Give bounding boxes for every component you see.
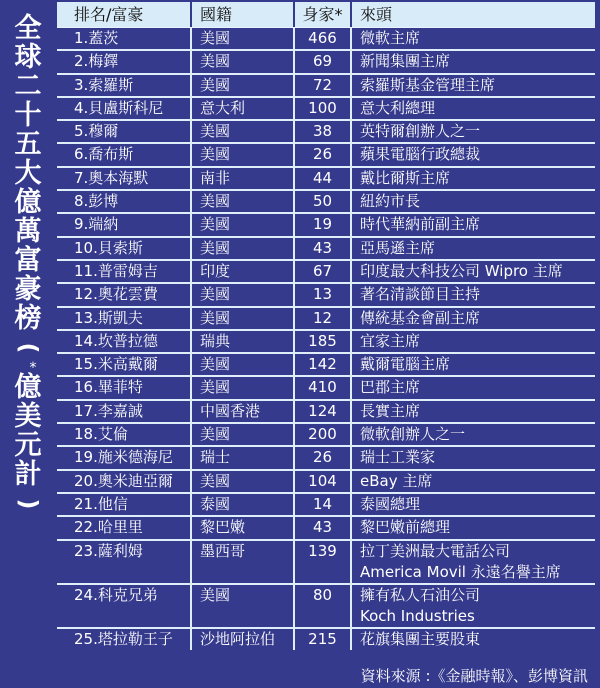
source-line: 微軟創辦人之一 (360, 425, 465, 443)
cell-country: 美國 (190, 585, 293, 627)
cell-source: 英特爾創辦人之一 (350, 121, 595, 142)
source-line: 時代華納前副主席 (360, 215, 480, 233)
title-char: 十 (15, 101, 42, 130)
cell-source: 宜家主席 (350, 331, 595, 352)
cell-worth: 50 (293, 191, 350, 212)
cell-name: 4.貝盧斯科尼 (57, 98, 190, 119)
table-row: 20.奧米迪亞爾美國104eBay 主席 (57, 471, 595, 494)
table-row: 25.塔拉勒王子沙地阿拉伯215花旗集團主要股東 (57, 629, 595, 650)
table-row: 22.哈里里黎巴嫩43黎巴嫩前總理 (57, 517, 595, 540)
source-line-2: Koch Industries (360, 606, 595, 627)
title-char: 億 (15, 188, 42, 217)
cell-source: 戴比爾斯主席 (350, 168, 595, 189)
cell-name: 3.索羅斯 (57, 75, 190, 96)
cell-source: 新聞集團主席 (350, 51, 595, 72)
source-line-2: America Movil 永遠名譽主席 (360, 562, 595, 583)
cell-country: 美國 (190, 121, 293, 142)
table-row: 2.梅鐸美國69新聞集團主席 (57, 51, 595, 74)
cell-source: 著名清談節目主持 (350, 284, 595, 305)
cell-country: 瑞士 (190, 447, 293, 468)
table-row: 21.他信泰國14泰國總理 (57, 494, 595, 517)
cell-country: 美國 (190, 284, 293, 305)
title-char: 二 (15, 72, 42, 101)
cell-worth: 142 (293, 354, 350, 375)
source-line: 花旗集團主要股東 (360, 630, 480, 648)
cell-country: 美國 (190, 238, 293, 259)
cell-country: 美國 (190, 424, 293, 445)
header-country: 國籍 (190, 2, 293, 27)
table-row: 9.端納美國19時代華納前副主席 (57, 214, 595, 237)
cell-source: 戴爾電腦主席 (350, 354, 595, 375)
cell-source: 拉丁美洲最大電話公司America Movil 永遠名譽主席 (350, 541, 595, 583)
table-row: 7.奧本海默南非44戴比爾斯主席 (57, 168, 595, 191)
data-source-note: 資料來源 :《金融時報》、彭博資訊 (361, 666, 588, 686)
table-row: 13.斯凱夫美國12傳統基金會副主席 (57, 308, 595, 331)
cell-country: 美國 (190, 144, 293, 165)
cell-name: 5.穆爾 (57, 121, 190, 142)
cell-worth: 13 (293, 284, 350, 305)
source-line: 蘋果電腦行政總裁 (360, 145, 480, 163)
cell-worth: 410 (293, 377, 350, 398)
cell-name: 11.普雷姆吉 (57, 261, 190, 282)
cell-country: 印度 (190, 261, 293, 282)
cell-name: 17.李嘉誠 (57, 401, 190, 422)
cell-source: 黎巴嫩前總理 (350, 517, 595, 538)
cell-source: 巴郡主席 (350, 377, 595, 398)
cell-worth: 200 (293, 424, 350, 445)
cell-name: 13.斯凱夫 (57, 308, 190, 329)
cell-name: 23.薩利姆 (57, 541, 190, 583)
cell-worth: 43 (293, 517, 350, 538)
cell-worth: 43 (293, 238, 350, 259)
cell-source: 長實主席 (350, 401, 595, 422)
cell-source: 紐約市長 (350, 191, 595, 212)
cell-worth: 14 (293, 494, 350, 515)
source-line: 紐約市長 (360, 192, 420, 210)
cell-name: 8.彭博 (57, 191, 190, 212)
cell-worth: 26 (293, 447, 350, 468)
source-line: 新聞集團主席 (360, 52, 450, 70)
cell-name: 18.艾倫 (57, 424, 190, 445)
table-row: 19.施米德海尼瑞士26瑞士工業家 (57, 447, 595, 470)
source-line: 意大利總理 (360, 99, 435, 117)
cell-name: 19.施米德海尼 (57, 447, 190, 468)
table-row: 1.蓋茨美國466微軟主席 (57, 28, 595, 51)
header-source: 來頭 (350, 2, 595, 27)
cell-country: 南非 (190, 168, 293, 189)
source-line: 巴郡主席 (360, 378, 420, 396)
source-line: 宜家主席 (360, 332, 420, 350)
cell-country: 墨西哥 (190, 541, 293, 583)
table-row: 15.米高戴爾美國142戴爾電腦主席 (57, 354, 595, 377)
cell-country: 美國 (190, 377, 293, 398)
title-note-char: 計 (15, 460, 42, 489)
cell-name: 24.科克兄弟 (57, 585, 190, 627)
title-char: 五 (15, 130, 42, 159)
table-header: 排名/富豪 國籍 身家* 來頭 (57, 2, 595, 28)
title-note-char: 億 (15, 373, 42, 402)
cell-worth: 67 (293, 261, 350, 282)
source-line: 戴比爾斯主席 (360, 169, 450, 187)
title-char: 富 (15, 246, 42, 275)
cell-source: 微軟創辦人之一 (350, 424, 595, 445)
cell-source: 意大利總理 (350, 98, 595, 119)
cell-worth: 44 (293, 168, 350, 189)
cell-source: 微軟主席 (350, 28, 595, 49)
cell-name: 6.喬布斯 (57, 144, 190, 165)
cell-country: 黎巴嫩 (190, 517, 293, 538)
table-row: 16.畢菲特美國410巴郡主席 (57, 377, 595, 400)
title-note-char: 元 (15, 431, 42, 460)
cell-country: 泰國 (190, 494, 293, 515)
cell-worth: 100 (293, 98, 350, 119)
cell-country: 美國 (190, 28, 293, 49)
cell-source: 時代華納前副主席 (350, 214, 595, 235)
cell-country: 瑞典 (190, 331, 293, 352)
cell-worth: 69 (293, 51, 350, 72)
cell-source: 蘋果電腦行政總裁 (350, 144, 595, 165)
source-line: 拉丁美洲最大電話公司 (360, 542, 510, 560)
table-row: 4.貝盧斯科尼意大利100意大利總理 (57, 98, 595, 121)
source-line: 著名清談節目主持 (360, 285, 480, 303)
cell-name: 14.坎普拉德 (57, 331, 190, 352)
source-line: 長實主席 (360, 402, 420, 420)
source-line: 索羅斯基金管理主席 (360, 76, 495, 94)
cell-source: 瑞士工業家 (350, 447, 595, 468)
cell-name: 7.奧本海默 (57, 168, 190, 189)
cell-name: 15.米高戴爾 (57, 354, 190, 375)
cell-country: 意大利 (190, 98, 293, 119)
table-row: 11.普雷姆吉印度67印度最大科技公司 Wipro 主席 (57, 261, 595, 284)
title-char: 榜 (15, 304, 42, 333)
cell-worth: 72 (293, 75, 350, 96)
cell-country: 美國 (190, 191, 293, 212)
title-char: 球 (15, 43, 42, 72)
billionaire-table: 排名/富豪 國籍 身家* 來頭 1.蓋茨美國466微軟主席2.梅鐸美國69新聞集… (57, 2, 595, 650)
cell-worth: 38 (293, 121, 350, 142)
table-row: 3.索羅斯美國72索羅斯基金管理主席 (57, 75, 595, 98)
source-line: 微軟主席 (360, 29, 420, 47)
source-line: 印度最大科技公司 Wipro 主席 (360, 262, 563, 280)
table-row: 12.奧花雲費美國13著名清談節目主持 (57, 284, 595, 307)
source-line: 亞馬遜主席 (360, 239, 435, 257)
cell-name: 21.他信 (57, 494, 190, 515)
cell-worth: 80 (293, 585, 350, 627)
cell-country: 美國 (190, 51, 293, 72)
cell-worth: 139 (293, 541, 350, 583)
cell-source: 亞馬遜主席 (350, 238, 595, 259)
cell-source: 泰國總理 (350, 494, 595, 515)
title-char: 萬 (15, 217, 42, 246)
cell-worth: 26 (293, 144, 350, 165)
source-line: 瑞士工業家 (360, 448, 435, 466)
cell-country: 美國 (190, 354, 293, 375)
source-line: 戴爾電腦主席 (360, 355, 450, 373)
source-line: 黎巴嫩前總理 (360, 518, 450, 536)
source-line: 擁有私人石油公司 (360, 586, 480, 604)
cell-country: 美國 (190, 214, 293, 235)
source-line: 傳統基金會副主席 (360, 309, 480, 327)
cell-worth: 466 (293, 28, 350, 49)
source-line: 英特爾創辦人之一 (360, 122, 480, 140)
table-row: 14.坎普拉德瑞典185宜家主席 (57, 331, 595, 354)
cell-name: 16.畢菲特 (57, 377, 190, 398)
title-paren-close: ) (17, 499, 39, 510)
cell-worth: 12 (293, 308, 350, 329)
title-char: 大 (15, 159, 42, 188)
cell-country: 美國 (190, 308, 293, 329)
table-row: 24.科克兄弟美國80擁有私人石油公司Koch Industries (57, 585, 595, 629)
header-rank-name: 排名/富豪 (57, 2, 190, 27)
cell-name: 1.蓋茨 (57, 28, 190, 49)
cell-worth: 215 (293, 629, 350, 650)
cell-name: 2.梅鐸 (57, 51, 190, 72)
table-row: 10.貝索斯美國43亞馬遜主席 (57, 238, 595, 261)
cell-source: 花旗集團主要股東 (350, 629, 595, 650)
title-char: 豪 (15, 275, 42, 304)
cell-country: 沙地阿拉伯 (190, 629, 293, 650)
cell-source: 印度最大科技公司 Wipro 主席 (350, 261, 595, 282)
cell-country: 中國香港 (190, 401, 293, 422)
source-line: 泰國總理 (360, 495, 420, 513)
cell-country: 美國 (190, 75, 293, 96)
table-row: 8.彭博美國50紐約市長 (57, 191, 595, 214)
cell-worth: 104 (293, 471, 350, 492)
cell-name: 25.塔拉勒王子 (57, 629, 190, 650)
cell-worth: 124 (293, 401, 350, 422)
cell-name: 22.哈里里 (57, 517, 190, 538)
title-char: 全 (15, 14, 42, 43)
table-row: 6.喬布斯美國26蘋果電腦行政總裁 (57, 144, 595, 167)
table-row: 17.李嘉誠中國香港124長實主席 (57, 401, 595, 424)
cell-country: 美國 (190, 471, 293, 492)
cell-worth: 185 (293, 331, 350, 352)
table-row: 18.艾倫美國200微軟創辦人之一 (57, 424, 595, 447)
vertical-title: 全 球 二 十 五 大 億 萬 富 豪 榜 ( * 億 美 元 計 ) (0, 0, 56, 688)
table-row: 23.薩利姆墨西哥139拉丁美洲最大電話公司America Movil 永遠名譽… (57, 541, 595, 585)
cell-worth: 19 (293, 214, 350, 235)
title-paren-open: ( (17, 343, 39, 354)
header-worth: 身家* (293, 2, 350, 27)
cell-name: 10.貝索斯 (57, 238, 190, 259)
cell-source: 擁有私人石油公司Koch Industries (350, 585, 595, 627)
title-note-char: 美 (15, 402, 42, 431)
cell-source: 傳統基金會副主席 (350, 308, 595, 329)
source-line: eBay 主席 (360, 472, 432, 490)
cell-source: eBay 主席 (350, 471, 595, 492)
cell-name: 12.奧花雲費 (57, 284, 190, 305)
cell-name: 20.奧米迪亞爾 (57, 471, 190, 492)
cell-name: 9.端納 (57, 214, 190, 235)
cell-source: 索羅斯基金管理主席 (350, 75, 595, 96)
table-row: 5.穆爾美國38英特爾創辦人之一 (57, 121, 595, 144)
table-body: 1.蓋茨美國466微軟主席2.梅鐸美國69新聞集團主席3.索羅斯美國72索羅斯基… (57, 28, 595, 650)
